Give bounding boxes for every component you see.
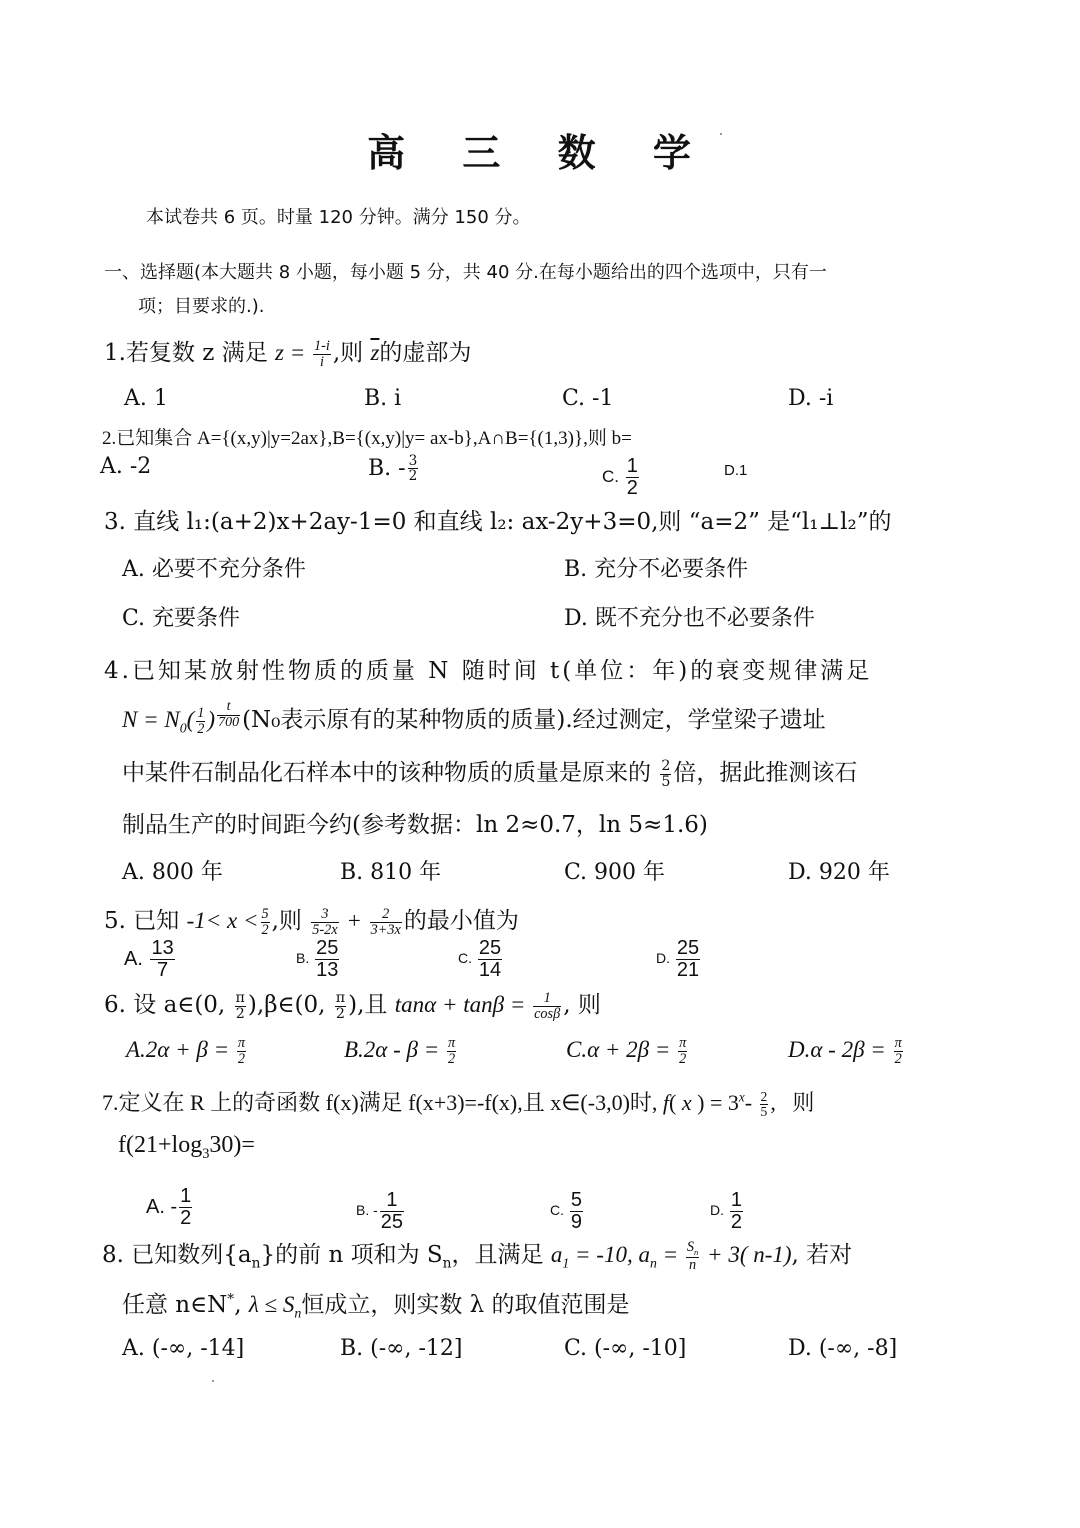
q3-option-d[interactable]: D. 既不充分也不必要条件	[564, 601, 815, 632]
question-number: 7.	[102, 1090, 119, 1115]
q7-option-d[interactable]: D. 12	[710, 1190, 745, 1233]
expression: 35-2x + 23+3x	[309, 908, 404, 933]
question-text: 直线 l₁:(a+2)x+2ay-1=0 和直线 l₂: ax-2y+3=0,则…	[133, 509, 891, 535]
exam-info: 本试卷共 6 页。时量 120 分钟。满分 150 分。	[146, 203, 531, 229]
formula: z = 1-ii	[275, 340, 333, 365]
q8-option-b[interactable]: B. (-∞, -12]	[340, 1336, 463, 1361]
question-text: 中某件石制品化石样本中的该种物质的质量是原来的	[122, 760, 658, 786]
q7-option-b[interactable]: B. -125	[356, 1190, 406, 1233]
question-text: 的最小值为	[404, 908, 519, 934]
question-4-line2: N = N0(12)t700(N₀表示原有的某种物质的质量).经过测定，学堂梁子…	[122, 700, 826, 737]
q1-option-a[interactable]: A. 1	[124, 386, 168, 411]
q8-option-d[interactable]: D. (-∞, -8]	[788, 1336, 897, 1361]
question-number: 4.	[104, 658, 132, 684]
condition: -1< x <52	[187, 908, 272, 933]
q7-option-a[interactable]: A. -12	[146, 1186, 194, 1229]
question-4-line1: 4.已知某放射性物质的质量 N 随时间 t(单位：年)的衰变规律满足	[104, 652, 872, 685]
section-heading-line1: 一、选择题(本大题共 8 小题，每小题 5 分，共 40 分.在每小题给出的四个…	[104, 262, 827, 283]
q1-option-d[interactable]: D. -i	[788, 386, 833, 411]
q4-option-d[interactable]: D. 920 年	[788, 855, 890, 886]
q2-option-c[interactable]: C. 12	[602, 456, 641, 499]
question-text: ,则	[272, 908, 310, 934]
q4-option-c[interactable]: C. 900 年	[564, 855, 665, 886]
question-5-stem: 5. 已知 -1< x <52,则 35-2x + 23+3x的最小值为	[104, 902, 519, 938]
page-title: 高 三 数 学	[0, 122, 1080, 177]
q2-option-b[interactable]: B. -32	[368, 454, 420, 484]
question-text: 倍，据此推测该石	[673, 760, 857, 786]
question-3-stem: 3. 直线 l₁:(a+2)x+2ay-1=0 和直线 l₂: ax-2y+3=…	[104, 503, 891, 536]
q6-option-a[interactable]: A.2α + β = π2	[126, 1036, 248, 1067]
question-8-line2: 任意 n∈N*, λ ≤ Sn恒成立，则实数 λ 的取值范围是	[122, 1286, 630, 1322]
q4-option-b[interactable]: B. 810 年	[340, 855, 441, 886]
fraction: 25	[660, 759, 671, 790]
q5-option-d[interactable]: D. 2521	[656, 938, 702, 981]
question-number: 6.	[104, 992, 126, 1018]
q8-option-c[interactable]: C. (-∞, -10]	[564, 1336, 686, 1361]
question-text: (N₀表示原有的某种物质的质量).经过测定，学堂梁子遗址	[242, 707, 826, 733]
q1-option-b[interactable]: B. i	[364, 386, 401, 411]
question-4-line4: 制品生产的时间距今约(参考数据：ln 2≈0.7，ln 5≈1.6)	[122, 806, 708, 839]
scan-speck	[212, 1380, 214, 1382]
q2-option-d[interactable]: D.1	[724, 462, 747, 479]
question-number: 8.	[102, 1242, 124, 1268]
question-number: 1.	[104, 340, 126, 366]
question-8-line1: 8. 已知数列{an}的前 n 项和为 Sn，且满足 a1 = -10, an …	[102, 1236, 852, 1273]
q8-option-a[interactable]: A. (-∞, -14]	[122, 1336, 244, 1361]
question-6-stem: 6. 设 a∈(0, π2),β∈(0, π2),且 tanα + tanβ =…	[104, 986, 601, 1022]
question-text: 已知集合 A={(x,y)|y=2ax},B={(x,y)|y= ax-b},A…	[116, 428, 632, 449]
question-number: 5.	[104, 908, 126, 934]
q3-option-b[interactable]: B. 充分不必要条件	[564, 552, 748, 583]
question-text: 已知	[133, 908, 186, 934]
q5-option-a[interactable]: A. 137	[124, 938, 177, 981]
q5-option-b[interactable]: B. 2513	[296, 938, 341, 981]
question-number: 2.	[102, 428, 116, 449]
formula: N = N0(12)t700	[122, 707, 242, 732]
q3-option-c[interactable]: C. 充要条件	[122, 601, 240, 632]
q6-option-b[interactable]: B.2α - β = π2	[344, 1036, 458, 1067]
question-7-line2: f(21+log330)=	[118, 1132, 255, 1163]
q3-option-a[interactable]: A. 必要不充分条件	[122, 552, 306, 583]
section-heading: 一、选择题(本大题共 8 小题，每小题 5 分，共 40 分.在每小题给出的四个…	[104, 256, 827, 324]
question-text: 若复数 z 满足	[126, 340, 275, 366]
question-4-line3: 中某件石制品化石样本中的该种物质的质量是原来的 25倍，据此推测该石	[122, 754, 857, 789]
q5-option-c[interactable]: C. 2514	[458, 938, 504, 981]
question-text: ,则 z的虚部为	[333, 340, 472, 366]
q6-option-c[interactable]: C.α + 2β = π2	[566, 1036, 689, 1067]
q6-option-d[interactable]: D.α - 2β = π2	[788, 1036, 905, 1067]
question-number: 3.	[104, 509, 126, 535]
question-7-line1: 7.定义在 R 上的奇函数 f(x)满足 f(x+3)=-f(x),且 x∈(-…	[102, 1086, 814, 1120]
q7-option-c[interactable]: C. 59	[550, 1190, 585, 1233]
section-heading-line2: 项；目要求的.).	[104, 290, 827, 324]
scan-speck	[720, 133, 722, 135]
question-text: 已知某放射性物质的质量 N 随时间 t(单位：年)的衰变规律满足	[132, 658, 872, 684]
q4-option-a[interactable]: A. 800 年	[122, 855, 223, 886]
question-2-stem: 2.已知集合 A={(x,y)|y=2ax},B={(x,y)|y= ax-b}…	[102, 423, 632, 450]
question-1-stem: 1.若复数 z 满足 z = 1-ii,则 z的虚部为	[104, 334, 471, 370]
q1-option-c[interactable]: C. -1	[562, 386, 613, 411]
q2-option-a[interactable]: A. -2	[100, 454, 151, 479]
